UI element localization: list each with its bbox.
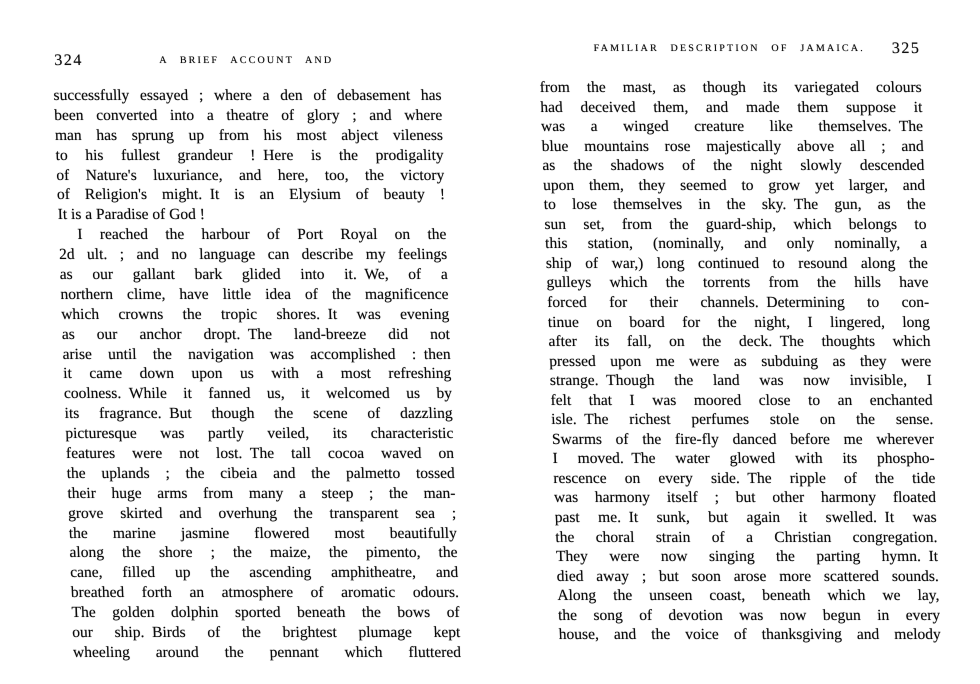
text-line: grove skirted and overhung the transpare… <box>68 504 457 524</box>
text-line: as our gallant bark glided into it. We, … <box>59 265 448 285</box>
text-line: to lose themselves in the sky. The gun, … <box>543 195 926 215</box>
text-line: man has sprung up from his most abject v… <box>55 126 444 146</box>
text-line: to his fullest grandeur ! Here is the pr… <box>55 146 444 166</box>
right-page: FAMILIAR DESCRIPTION OF JAMAICA. 325 fro… <box>538 40 941 645</box>
text-line: it came down upon us with a most refresh… <box>63 364 452 384</box>
text-line: their huge arms from many a steep ; the … <box>67 484 456 504</box>
right-page-number: 325 <box>892 40 921 58</box>
text-line: had deceived them, and made them suppose… <box>540 98 923 118</box>
text-line: tinue on board for the night, I lingered… <box>548 313 931 333</box>
text-line: I reached the harbour of Port Royal on t… <box>58 225 447 245</box>
text-line: the uplands ; the cibeia and the palmett… <box>66 464 455 484</box>
text-line: died away ; but soon arose more scattere… <box>556 567 939 587</box>
text-line: the marine jasmine flowered most beautif… <box>68 524 457 544</box>
text-line: as our anchor dropt. The land-breeze did… <box>62 325 451 345</box>
text-line: picturesque was partly veiled, its chara… <box>65 424 454 444</box>
text-line: house, and the voice of thanksgiving and… <box>558 625 941 645</box>
right-page-header: FAMILIAR DESCRIPTION OF JAMAICA. 325 <box>538 40 921 56</box>
text-line: from the mast, as though its variegated … <box>539 78 922 98</box>
text-line: was harmony itself ; but other harmony f… <box>554 488 937 508</box>
text-line: sun set, from the guard-ship, which belo… <box>544 215 927 235</box>
text-line: was a winged creature like themselves. T… <box>541 117 924 137</box>
text-line: features were not lost. The tall cocoa w… <box>66 444 455 464</box>
text-line: northern clime, have little idea of the … <box>60 285 449 305</box>
text-line: the song of devotion was now begun in ev… <box>558 606 941 626</box>
text-line: been converted into a theatre of glory ;… <box>54 106 443 126</box>
text-line: strange. Though the land was now invisib… <box>550 371 933 391</box>
text-line: along the shore ; the maize, the pimento… <box>69 543 458 563</box>
text-line: Along the unseen coast, beneath which we… <box>557 586 940 606</box>
right-page-body: from the mast, as though its variegated … <box>539 78 941 645</box>
left-page: 324 A BRIEF ACCOUNT AND successfully ess… <box>52 52 461 663</box>
text-line: forced for their channels. Determining t… <box>547 293 930 313</box>
text-line: They were now singing the parting hymn. … <box>556 547 939 567</box>
text-line: the choral strain of a Christian congreg… <box>555 528 938 548</box>
text-line: gulleys which the torrents from the hill… <box>546 273 929 293</box>
text-line: past me. It sunk, but again it swelled. … <box>554 508 937 528</box>
text-line: breathed forth an atmosphere of aromatic… <box>71 583 460 603</box>
text-line: blue mountains rose majestically above a… <box>541 137 924 157</box>
text-line: of Nature's luxuriance, and here, too, t… <box>56 166 445 186</box>
text-line: Swarms of the fire-fly danced before me … <box>552 430 935 450</box>
text-line: ship of war,) long continued to resound … <box>545 254 928 274</box>
text-line: The golden dolphin sported beneath the b… <box>71 603 460 623</box>
text-line: arise until the navigation was accomplis… <box>62 345 451 365</box>
text-line: this station, (nominally, and only nomin… <box>545 234 928 254</box>
text-line: wheeling around the pennant which flutte… <box>73 643 462 663</box>
text-line: rescence on every side. The ripple of th… <box>553 469 936 489</box>
text-line: pressed upon me were as subduing as they… <box>549 352 932 372</box>
text-line: our ship. Birds of the brightest plumage… <box>72 623 461 643</box>
text-line: as the shadows of the night slowly desce… <box>542 156 925 176</box>
text-line: after its fall, on the deck. The thought… <box>548 332 931 352</box>
text-line: successfully essayed ; where a den of de… <box>53 86 442 106</box>
text-line: its fragrance. But though the scene of d… <box>64 404 453 424</box>
left-running-head: A BRIEF ACCOUNT AND <box>52 55 440 66</box>
text-line: cane, filled up the ascending amphitheat… <box>70 563 459 583</box>
text-line: upon them, they seemed to grow yet large… <box>543 176 926 196</box>
left-page-header: 324 A BRIEF ACCOUNT AND <box>52 52 441 68</box>
text-line: coolness. While it fanned us, it welcome… <box>64 384 453 404</box>
left-page-body: successfully essayed ; where a den of de… <box>53 86 461 663</box>
text-line: which crowns the tropic shores. It was e… <box>61 305 450 325</box>
text-line: 2d ult. ; and no language can describe m… <box>59 245 448 265</box>
text-line: isle. The richest perfumes stole on the … <box>551 410 934 430</box>
right-running-head: FAMILIAR DESCRIPTION OF JAMAICA. <box>538 43 920 54</box>
text-line: of Religion's might. It is an Elysium of… <box>57 185 446 205</box>
text-line: felt that I was moored close to an encha… <box>550 391 933 411</box>
text-line: It is a Paradise of God ! <box>57 205 446 225</box>
text-line: I moved. The water glowed with its phosp… <box>552 449 935 469</box>
